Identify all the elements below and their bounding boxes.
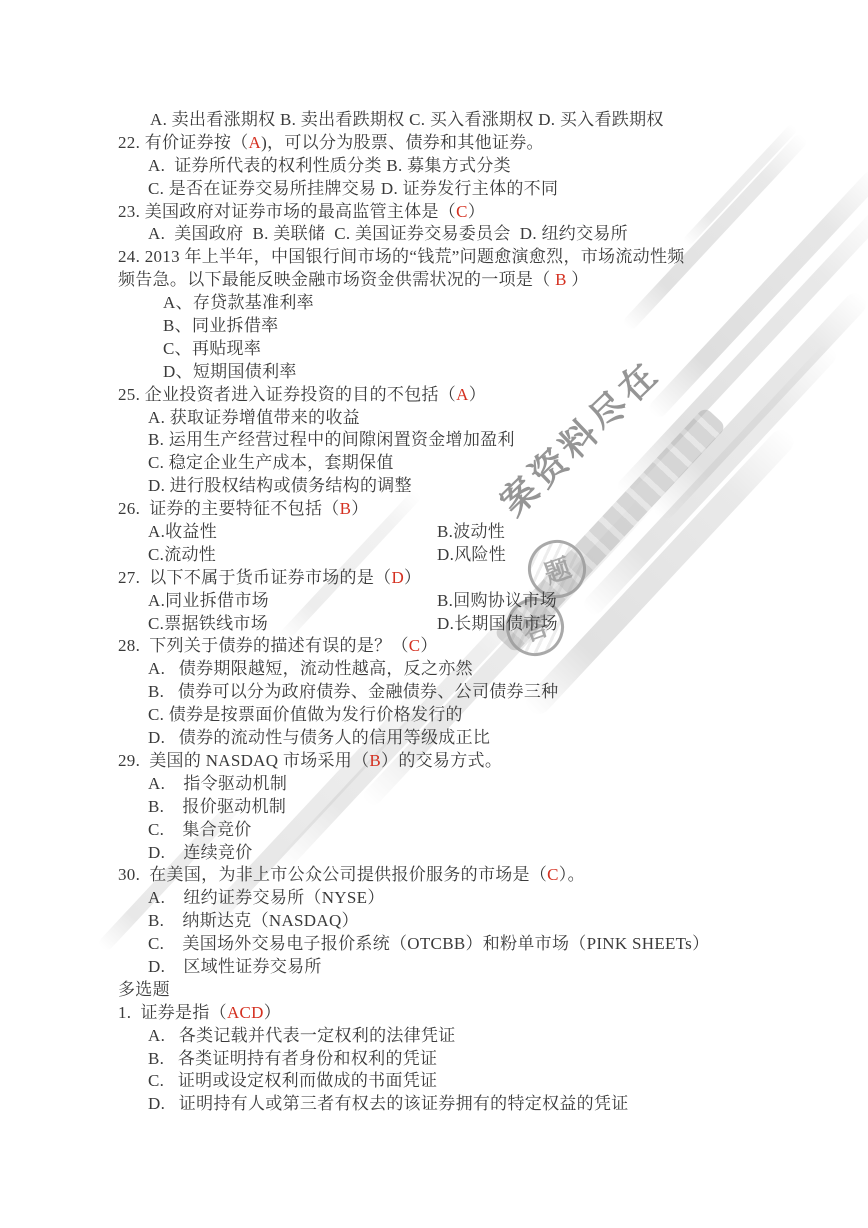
- answer-letter: A: [456, 385, 469, 404]
- text-line: D. 债券的流动性与债务人的信用等级成正比: [0, 727, 868, 750]
- text-segment: 24. 2013 年上半年，中国银行间市场的“钱荒”问题愈演愈烈，市场流动性频: [118, 247, 685, 266]
- text-line: 多选题: [0, 979, 868, 1002]
- option-col-left: A.同业拆借市场: [148, 591, 269, 610]
- text-line: D. 区域性证券交易所: [0, 956, 868, 979]
- text-line: A. 证券所代表的权利性质分类 B. 募集方式分类: [0, 155, 868, 178]
- text-segment: 29. 美国的 NASDAQ 市场采用（: [118, 751, 369, 770]
- text-segment: C. 稳定企业生产成本，套期保值: [148, 453, 394, 472]
- text-segment: 频告急。以下最能反映金融市场资金供需状况的一项是（: [118, 270, 555, 289]
- text-segment: B、同业拆借率: [163, 316, 278, 335]
- text-line: B. 纳斯达克（NASDAQ）: [0, 910, 868, 933]
- text-line: A. 各类记载并代表一定权利的法律凭证: [0, 1025, 868, 1048]
- text-line: B. 债券可以分为政府债券、金融债券、公司债券三种: [0, 681, 868, 704]
- answer-letter: B: [555, 270, 567, 289]
- text-line: 30. 在美国，为非上市公众公司提供报价服务的市场是（C）。: [0, 864, 868, 887]
- text-line: C. 证明或设定权利而做成的书面凭证: [0, 1070, 868, 1093]
- text-line: D. 连续竞价: [0, 842, 868, 865]
- text-segment: ）: [469, 385, 486, 404]
- text-segment: ）: [264, 1003, 281, 1022]
- text-segment: ）: [404, 568, 421, 587]
- option-col-right: B.波动性: [437, 521, 505, 544]
- text-segment: B. 运用生产经营过程中的间隙闲置资金增加盈利: [148, 430, 515, 449]
- option-col-right: D.风险性: [437, 544, 506, 567]
- text-line: A. 美国政府 B. 美联储 C. 美国证券交易委员会 D. 纽约交易所: [0, 223, 868, 246]
- text-line: 28. 下列关于债券的描述有误的是？（C）: [0, 635, 868, 658]
- text-segment: A. 美国政府 B. 美联储 C. 美国证券交易委员会 D. 纽约交易所: [148, 224, 628, 243]
- text-segment: 30. 在美国，为非上市公众公司提供报价服务的市场是（: [118, 865, 547, 884]
- option-row: A.收益性B.波动性: [0, 521, 868, 544]
- text-segment: 1. 证券是指（: [118, 1003, 227, 1022]
- text-segment: ）: [351, 499, 368, 518]
- text-segment: A. 获取证券增值带来的收益: [148, 408, 360, 427]
- text-segment: D. 进行股权结构或债务结构的调整: [148, 476, 412, 495]
- text-segment: 25. 企业投资者进入证券投资的目的不包括（: [118, 385, 456, 404]
- text-segment: ）: [567, 270, 589, 289]
- text-line: C、再贴现率: [0, 338, 868, 361]
- text-line: 1. 证券是指（ACD）: [0, 1002, 868, 1025]
- text-line: B. 各类证明持有者身份和权利的凭证: [0, 1048, 868, 1071]
- option-row: C.票据铁线市场D.长期国债市场: [0, 613, 868, 636]
- text-line: D. 证明持有人或第三者有权去的该证券拥有的特定权益的凭证: [0, 1093, 868, 1116]
- text-segment: A. 债券期限越短，流动性越高，反之亦然: [148, 659, 473, 678]
- text-segment: 28. 下列关于债券的描述有误的是？（: [118, 636, 409, 655]
- answer-letter: C: [409, 636, 421, 655]
- text-line: A. 债券期限越短，流动性越高，反之亦然: [0, 658, 868, 681]
- text-segment: A. 证券所代表的权利性质分类 B. 募集方式分类: [148, 156, 511, 175]
- text-line: D、短期国债利率: [0, 361, 868, 384]
- text-line: 29. 美国的 NASDAQ 市场采用（B）的交易方式。: [0, 750, 868, 773]
- text-segment: C. 证明或设定权利而做成的书面凭证: [148, 1071, 437, 1090]
- text-segment: 23. 美国政府对证券市场的最高监管主体是（: [118, 202, 456, 221]
- answer-letter: D: [391, 568, 404, 587]
- text-segment: C. 美国场外交易电子报价系统（OTCBB）和粉单市场（PINK SHEETs）: [148, 934, 709, 953]
- option-col-left: A.收益性: [148, 522, 217, 541]
- text-segment: 27. 以下不属于货币证券市场的是（: [118, 568, 391, 587]
- text-segment: C. 集合竞价: [148, 820, 252, 839]
- text-line: 23. 美国政府对证券市场的最高监管主体是（C）: [0, 201, 868, 224]
- text-segment: D. 区域性证券交易所: [148, 957, 322, 976]
- text-line: A. 指令驱动机制: [0, 773, 868, 796]
- text-segment: A. 纽约证券交易所（NYSE）: [148, 888, 385, 907]
- answer-letter: B: [340, 499, 352, 518]
- text-segment: 26. 证券的主要特征不包括（: [118, 499, 340, 518]
- text-line: C. 是否在证券交易所挂牌交易 D. 证券发行主体的不同: [0, 178, 868, 201]
- text-line: A. 纽约证券交易所（NYSE）: [0, 887, 868, 910]
- text-line: A. 获取证券增值带来的收益: [0, 407, 868, 430]
- text-segment: D. 证明持有人或第三者有权去的该证券拥有的特定权益的凭证: [148, 1094, 629, 1113]
- option-col-right: D.长期国债市场: [437, 613, 558, 636]
- text-segment: C. 是否在证券交易所挂牌交易 D. 证券发行主体的不同: [148, 179, 558, 198]
- answer-letter: C: [547, 865, 559, 884]
- document-page: 案资料尽在 题答 A. 卖出看涨期权 B. 卖出看跌期权 C. 买入看涨期权 D…: [0, 0, 868, 1228]
- option-col-left: C.票据铁线市场: [148, 614, 268, 633]
- text-line: B. 运用生产经营过程中的间隙闲置资金增加盈利: [0, 429, 868, 452]
- option-row: A.同业拆借市场B.回购协议市场: [0, 590, 868, 613]
- text-segment: C. 债券是按票面价值做为发行价格发行的: [148, 705, 463, 724]
- text-segment: ）。: [559, 865, 585, 884]
- text-segment: B. 各类证明持有者身份和权利的凭证: [148, 1049, 437, 1068]
- option-col-right: B.回购协议市场: [437, 590, 557, 613]
- text-line: 25. 企业投资者进入证券投资的目的不包括（A）: [0, 384, 868, 407]
- text-segment: 多选题: [118, 980, 170, 999]
- text-segment: B. 债券可以分为政府债券、金融债券、公司债券三种: [148, 682, 558, 701]
- answer-letter: A: [249, 133, 262, 152]
- text-segment: ）的交易方式。: [381, 751, 502, 770]
- text-segment: B. 纳斯达克（NASDAQ）: [148, 911, 359, 930]
- text-line: 26. 证券的主要特征不包括（B）: [0, 498, 868, 521]
- text-segment: A. 卖出看涨期权 B. 卖出看跌期权 C. 买入看涨期权 D. 买入看跌期权: [150, 110, 664, 129]
- text-segment: A. 各类记载并代表一定权利的法律凭证: [148, 1026, 456, 1045]
- answer-letter: B: [369, 751, 381, 770]
- text-line: C. 债券是按票面价值做为发行价格发行的: [0, 704, 868, 727]
- text-line: A、存贷款基准利率: [0, 292, 868, 315]
- option-row: C.流动性D.风险性: [0, 544, 868, 567]
- text-segment: B. 报价驱动机制: [148, 797, 286, 816]
- text-line: C. 集合竞价: [0, 819, 868, 842]
- text-line: D. 进行股权结构或债务结构的调整: [0, 475, 868, 498]
- text-segment: A. 指令驱动机制: [148, 774, 287, 793]
- document-lines: A. 卖出看涨期权 B. 卖出看跌期权 C. 买入看涨期权 D. 买入看跌期权2…: [0, 109, 868, 1116]
- text-segment: ）: [420, 636, 437, 655]
- text-line: 频告急。以下最能反映金融市场资金供需状况的一项是（ B ）: [0, 269, 868, 292]
- text-line: A. 卖出看涨期权 B. 卖出看跌期权 C. 买入看涨期权 D. 买入看跌期权: [0, 109, 868, 132]
- text-segment: )，可以分为股票、债券和其他证券。: [261, 133, 544, 152]
- text-line: 22. 有价证券按（A)，可以分为股票、债券和其他证券。: [0, 132, 868, 155]
- text-segment: ）: [468, 202, 485, 221]
- text-segment: C、再贴现率: [163, 339, 261, 358]
- text-line: C. 美国场外交易电子报价系统（OTCBB）和粉单市场（PINK SHEETs）: [0, 933, 868, 956]
- answer-letter: ACD: [227, 1003, 264, 1022]
- text-line: B. 报价驱动机制: [0, 796, 868, 819]
- answer-letter: C: [456, 202, 468, 221]
- text-segment: 22. 有价证券按（: [118, 133, 249, 152]
- text-segment: D、短期国债利率: [163, 362, 297, 381]
- text-segment: D. 连续竞价: [148, 843, 253, 862]
- text-line: 27. 以下不属于货币证券市场的是（D）: [0, 567, 868, 590]
- text-line: B、同业拆借率: [0, 315, 868, 338]
- text-line: 24. 2013 年上半年，中国银行间市场的“钱荒”问题愈演愈烈，市场流动性频: [0, 246, 868, 269]
- option-col-left: C.流动性: [148, 545, 216, 564]
- text-segment: D. 债券的流动性与债务人的信用等级成正比: [148, 728, 490, 747]
- text-line: C. 稳定企业生产成本，套期保值: [0, 452, 868, 475]
- text-segment: A、存贷款基准利率: [163, 293, 314, 312]
